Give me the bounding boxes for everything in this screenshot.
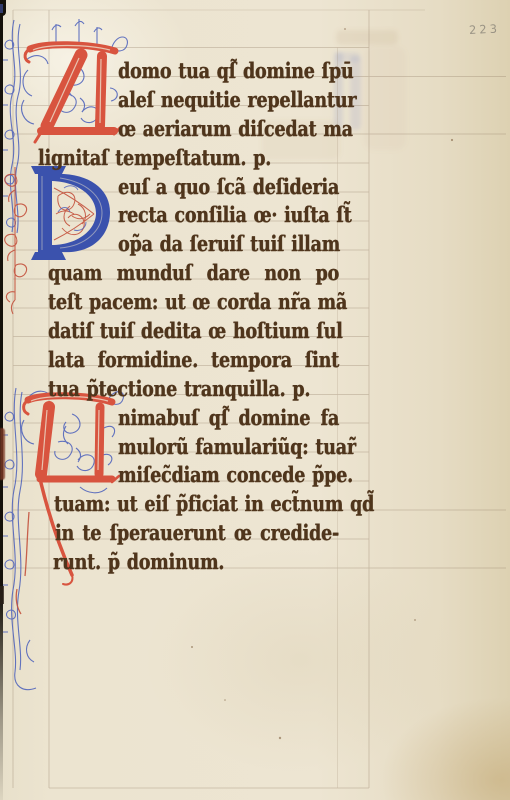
folio-number: 223 bbox=[469, 21, 510, 37]
manuscript-text-line: runt. p̃ dominum. bbox=[53, 546, 339, 581]
manuscript-page: 223 domo tua qſ̃ domine ſpūaleſ nequitie… bbox=[0, 0, 510, 800]
edge-smudge bbox=[0, 586, 4, 604]
binding-edge bbox=[0, 0, 3, 800]
blue-ink-fleck bbox=[0, 4, 3, 13]
text-block: domo tua qſ̃ domine ſpūaleſ nequitie rep… bbox=[48, 55, 339, 575]
rust-stain bbox=[0, 428, 5, 480]
